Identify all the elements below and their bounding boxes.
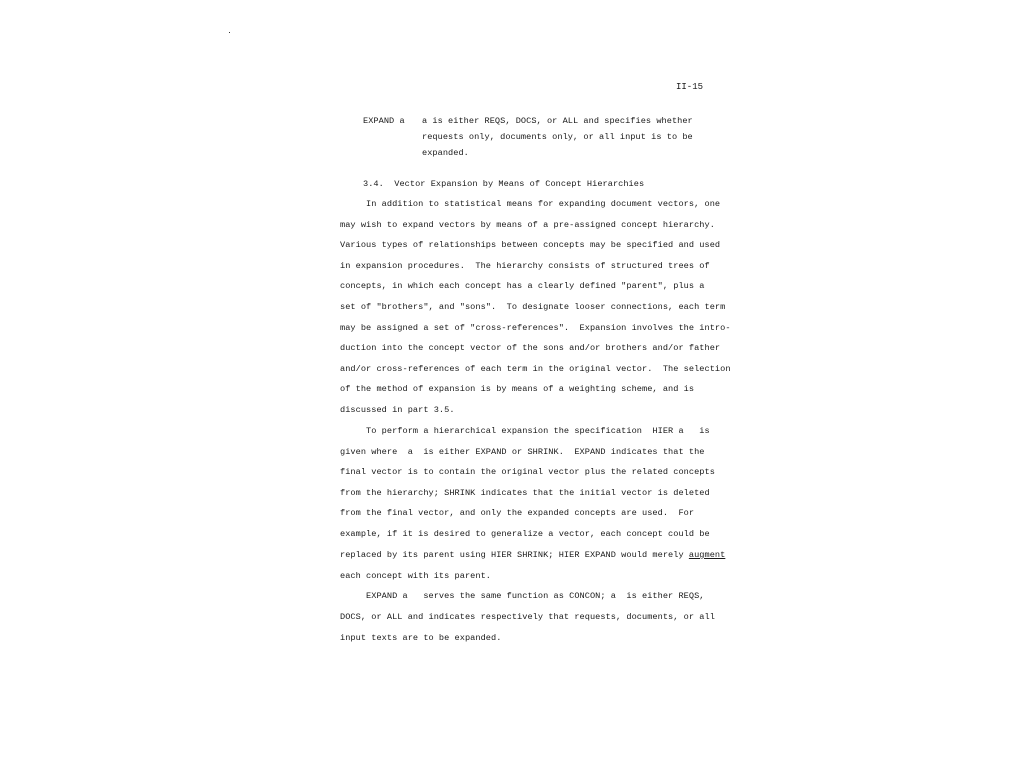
section-heading: 3.4. Vector Expansion by Means of Concep… — [363, 178, 644, 190]
text-line: example, if it is desired to generalize … — [340, 528, 710, 540]
text-line: each concept with its parent. — [340, 570, 491, 582]
text-line: To perform a hierarchical expansion the … — [340, 425, 710, 437]
text-line: Various types of relationships between c… — [340, 239, 720, 251]
text-line: and/or cross-references of each term in … — [340, 363, 731, 375]
definition-term: EXPAND a — [363, 115, 405, 127]
definition-line: requests only, documents only, or all in… — [422, 131, 693, 143]
scan-speck — [229, 32, 230, 33]
text-line: given where a is either EXPAND or SHRINK… — [340, 446, 705, 458]
text-line: discussed in part 3.5. — [340, 404, 455, 416]
page-number: II-15 — [676, 82, 703, 92]
text-line: set of "brothers", and "sons". To design… — [340, 301, 725, 313]
text-line: may be assigned a set of "cross-referenc… — [340, 322, 731, 334]
text-line: EXPAND a serves the same function as CON… — [340, 590, 705, 602]
text-line: in expansion procedures. The hierarchy c… — [340, 260, 710, 272]
text-line: from the hierarchy; SHRINK indicates tha… — [340, 487, 710, 499]
text-line: final vector is to contain the original … — [340, 466, 715, 478]
underlined-word: augment — [689, 550, 725, 560]
text-line-underlined: replaced by its parent using HIER SHRINK… — [340, 549, 725, 561]
text-line: In addition to statistical means for exp… — [340, 198, 720, 210]
text-line: of the method of expansion is by means o… — [340, 383, 694, 395]
text-line: may wish to expand vectors by means of a… — [340, 219, 715, 231]
definition-line: a is either REQS, DOCS, or ALL and speci… — [422, 115, 693, 127]
text-line: duction into the concept vector of the s… — [340, 342, 720, 354]
text-line: from the final vector, and only the expa… — [340, 507, 694, 519]
definition-line: expanded. — [422, 147, 469, 159]
text-line: input texts are to be expanded. — [340, 632, 501, 644]
text-line: concepts, in which each concept has a cl… — [340, 280, 705, 292]
text-line: DOCS, or ALL and indicates respectively … — [340, 611, 715, 623]
